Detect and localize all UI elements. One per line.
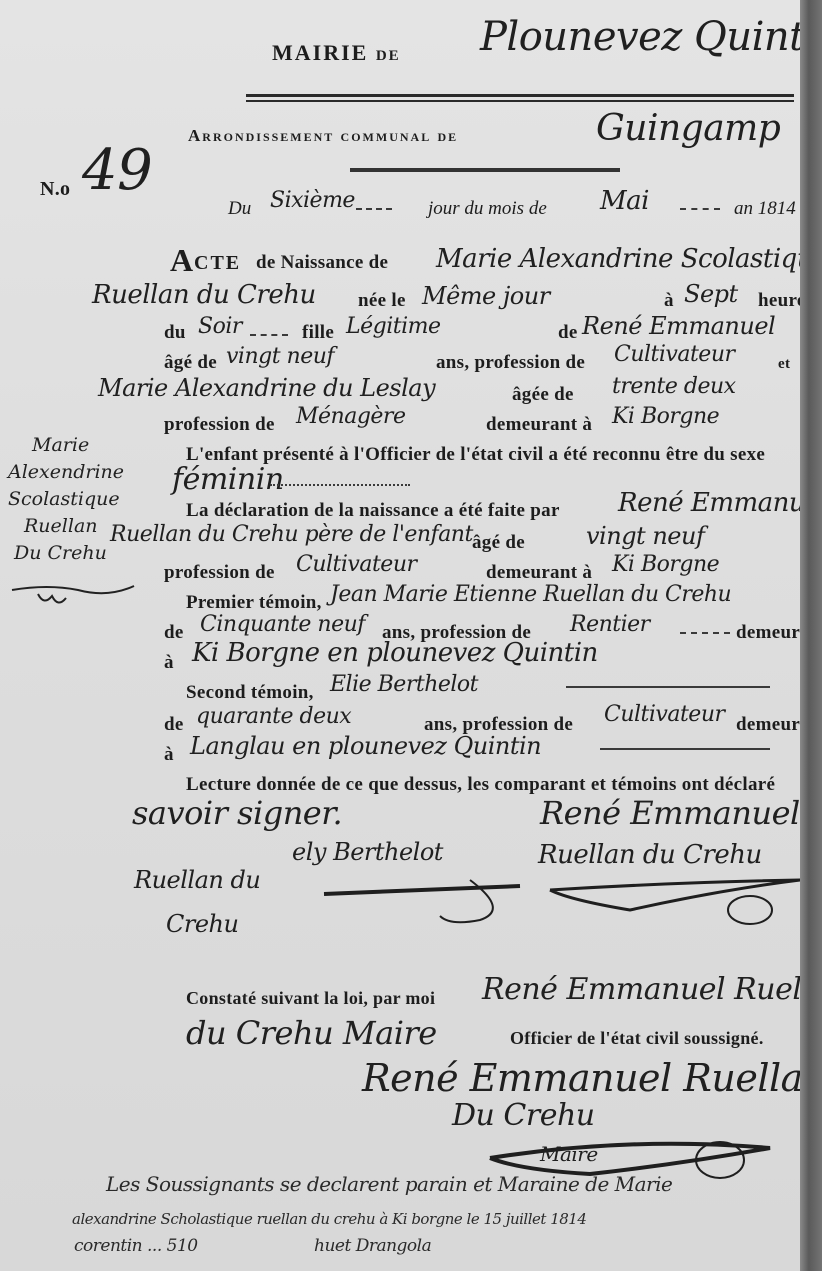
witness-2-age: quarante deux bbox=[196, 704, 351, 729]
a-label: à bbox=[664, 290, 674, 312]
acte-title-initial: A bbox=[170, 242, 193, 279]
declarant-age-label: âgé de bbox=[472, 532, 525, 554]
margin-line-5: Du Crehu bbox=[8, 540, 124, 567]
signature-flourish bbox=[300, 860, 810, 940]
book-binding-edge bbox=[800, 0, 822, 1271]
constat-statement: Constaté suivant la loi, par moi bbox=[186, 988, 435, 1009]
signature-witness-1-line-1: Ruellan du bbox=[134, 866, 260, 894]
declarant-name-2: Ruellan du Crehu père de l'enfant bbox=[110, 522, 473, 547]
officer-name-2: du Crehu Maire bbox=[186, 1014, 437, 1052]
nee-le: née le bbox=[358, 290, 406, 312]
margin-line-4: Ruellan bbox=[8, 513, 124, 540]
declarant-name-1: René Emmanuel bbox=[618, 488, 822, 518]
time-of-day: Soir bbox=[198, 314, 242, 339]
footnote-line-3b: huet Drangola bbox=[314, 1236, 431, 1256]
act-number: 49 bbox=[82, 138, 152, 203]
naissance-de: de Naissance de bbox=[256, 252, 388, 274]
witness-2-name: Elie Berthelot bbox=[330, 672, 478, 697]
officer-signature-2: Du Crehu bbox=[452, 1098, 595, 1133]
mother-profession: Ménagère bbox=[296, 404, 405, 429]
declarant-demeurant-label: demeurant à bbox=[486, 562, 592, 584]
dash bbox=[600, 748, 770, 750]
witness-1-name: Jean Marie Etienne Ruellan du Crehu bbox=[330, 582, 731, 607]
footnote-line-2: alexandrine Scholastique ruellan du creh… bbox=[72, 1210, 586, 1228]
date-du: Du bbox=[228, 198, 251, 220]
birth-hour: Sept bbox=[684, 280, 738, 308]
demeurant-label: demeurant à bbox=[486, 414, 592, 436]
mairie-label: MAIRIE de bbox=[272, 40, 401, 66]
date-month: Mai bbox=[600, 186, 649, 216]
et-label: et bbox=[778, 356, 790, 373]
declarant-residence: Ki Borgne bbox=[612, 552, 719, 577]
declarant-profession-label: profession de bbox=[164, 562, 275, 584]
officer-signature-1: René Emmanuel Ruellan bbox=[362, 1056, 822, 1100]
officer-name-1: René Emmanuel Ruellan bbox=[482, 972, 822, 1007]
header-double-rule bbox=[246, 94, 794, 102]
declarant-profession: Cultivateur bbox=[296, 552, 417, 577]
de-label: de bbox=[558, 322, 578, 344]
margin-line-3: Scolastique bbox=[8, 486, 124, 513]
dash bbox=[566, 686, 770, 688]
witness-2-a: à bbox=[164, 744, 174, 766]
witness-1-de: de bbox=[164, 622, 184, 644]
residence: Ki Borgne bbox=[612, 404, 719, 429]
acte-title: CTE bbox=[194, 252, 241, 275]
declaration-statement: La déclaration de la naissance a été fai… bbox=[186, 500, 560, 522]
dash bbox=[680, 632, 730, 634]
witness-1-a: à bbox=[164, 652, 174, 674]
number-label: N.o bbox=[40, 178, 70, 201]
arrondissement-label: Arrondissement communal de bbox=[188, 126, 458, 146]
legitimacy: Légitime bbox=[346, 314, 441, 339]
dash bbox=[250, 334, 288, 336]
footnote-line-1: Les Soussignants se declarent parain et … bbox=[106, 1172, 672, 1196]
margin-flourish bbox=[8, 580, 138, 610]
officer-signature-maire: Maire bbox=[540, 1142, 598, 1166]
dash bbox=[270, 484, 410, 486]
witness-1-profession: Rentier bbox=[570, 612, 650, 637]
profession-de-label: profession de bbox=[164, 414, 275, 436]
signature-witness-1-line-2: Crehu bbox=[166, 910, 238, 938]
witness-1-label: Premier témoin, bbox=[186, 592, 322, 614]
dash bbox=[356, 208, 392, 210]
dash bbox=[680, 208, 720, 210]
arrondissement-value: Guingamp bbox=[596, 108, 780, 149]
margin-line-2: Alexendrine bbox=[8, 459, 124, 486]
date-jour-du-mois: jour du mois de bbox=[428, 198, 547, 220]
witness-2-residence: Langlau en plounevez Quintin bbox=[190, 732, 541, 760]
declarant-age: vingt neuf bbox=[586, 522, 704, 550]
father-name: René Emmanuel bbox=[582, 312, 775, 340]
heure-label: heure bbox=[758, 290, 806, 312]
reading-statement: Lecture donnée de ce que dessus, les com… bbox=[186, 774, 775, 796]
father-profession: Cultivateur bbox=[614, 342, 735, 367]
mairie-commune: Plounevez Quintin bbox=[480, 14, 822, 60]
witness-2-profession: Cultivateur bbox=[604, 702, 725, 727]
arrondissement-rule bbox=[350, 168, 620, 172]
signature-father-1: René Emmanuel bbox=[540, 794, 800, 832]
footnote-line-3: corentin ... 510 bbox=[74, 1236, 198, 1256]
age-de-label: âgé de bbox=[164, 352, 217, 374]
mother-name: Marie Alexandrine du Leslay bbox=[98, 374, 435, 402]
date-day: Sixième bbox=[270, 188, 355, 213]
father-age: vingt neuf bbox=[226, 344, 334, 369]
reading-declared: savoir signer. bbox=[132, 794, 342, 832]
date-year: an 1814 bbox=[734, 198, 796, 220]
witness-1-residence: Ki Borgne en plounevez Quintin bbox=[192, 638, 598, 668]
witness-2-de: de bbox=[164, 714, 184, 736]
officer-title: Officier de l'état civil soussigné. bbox=[510, 1028, 764, 1049]
margin-line-1: Marie bbox=[8, 432, 124, 459]
witness-2-label: Second témoin, bbox=[186, 682, 314, 704]
margin-note: Marie Alexendrine Scolastique Ruellan Du… bbox=[8, 432, 124, 567]
sex-value: féminin bbox=[172, 462, 284, 497]
child-first-names: Marie Alexandrine Scolastique bbox=[436, 244, 822, 274]
witness-1-age: Cinquante neuf bbox=[200, 612, 365, 637]
mother-age: trente deux bbox=[612, 374, 736, 399]
du-label: du bbox=[164, 322, 186, 344]
fille-label: fille bbox=[302, 322, 334, 344]
birth-day: Même jour bbox=[422, 282, 550, 310]
agee-de-label: âgée de bbox=[512, 384, 574, 406]
ans-profession-label: ans, profession de bbox=[436, 352, 585, 374]
child-surname: Ruellan du Crehu bbox=[92, 280, 316, 310]
birth-certificate-page: MAIRIE de Plounevez Quintin Arrondisseme… bbox=[0, 0, 800, 1271]
